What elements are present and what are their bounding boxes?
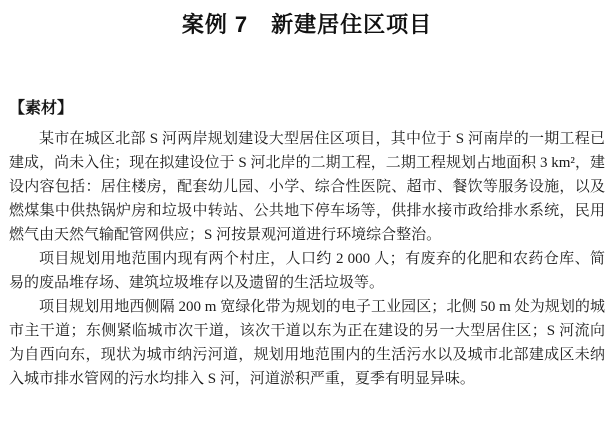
section-heading-sucai: 【素材】	[9, 95, 605, 118]
case-title: 案例 7 新建居住区项目	[9, 8, 605, 39]
document-page: 案例 7 新建居住区项目 【素材】 某市在城区北部 S 河两岸规划建设大型居住区…	[0, 0, 614, 438]
paragraph-site-conditions: 项目规划用地范围内现有两个村庄，人口约 2 000 人；有废弃的化肥和农药仓库、…	[9, 247, 605, 295]
document-body: 某市在城区北部 S 河两岸规划建设大型居住区项目，其中位于 S 河南岸的一期工程…	[9, 127, 605, 391]
paragraph-surroundings: 项目规划用地西侧隔 200 m 宽绿化带为规划的电子工业园区；北侧 50 m 处…	[9, 295, 605, 391]
paragraph-project-overview: 某市在城区北部 S 河两岸规划建设大型居住区项目，其中位于 S 河南岸的一期工程…	[9, 127, 605, 247]
